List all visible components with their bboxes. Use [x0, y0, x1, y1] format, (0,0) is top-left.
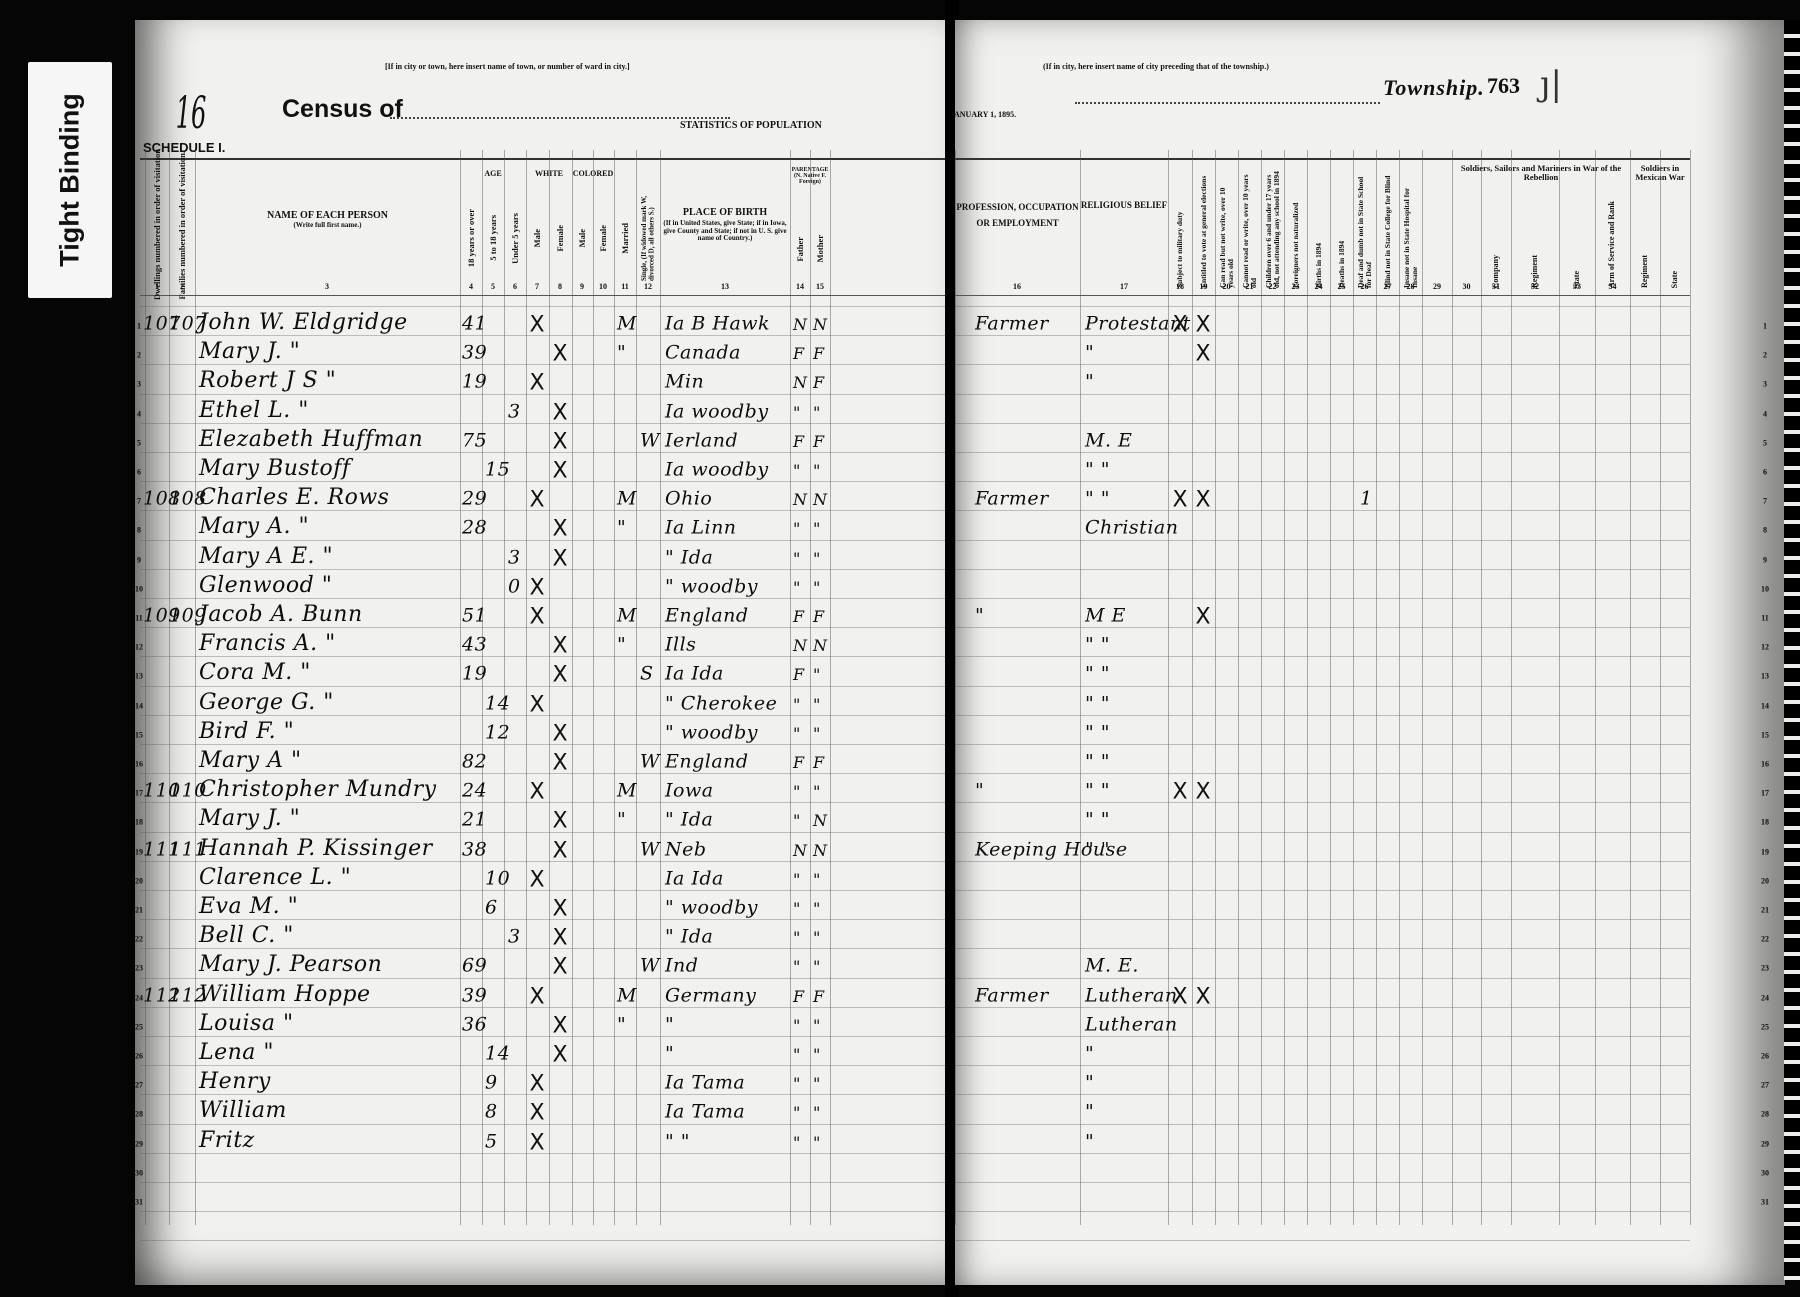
- grid-hline: [140, 364, 950, 365]
- mother-parentage: N: [813, 840, 828, 859]
- white-female-mark: X: [552, 342, 567, 367]
- line-number: 31: [1761, 1198, 1769, 1207]
- grid-hline: [140, 481, 950, 482]
- grid-vline: [1168, 150, 1169, 1225]
- birthplace: ": [665, 1013, 674, 1035]
- statistics-title: STATISTICS OF POPULATION: [680, 120, 822, 131]
- column-number: 10: [599, 282, 607, 291]
- mother-parentage: N: [813, 636, 828, 655]
- religious-belief: M. E.: [1085, 955, 1139, 977]
- mother-parentage: ": [813, 870, 821, 889]
- column-number: 17: [1120, 282, 1128, 291]
- white-female-mark: X: [552, 838, 567, 863]
- father-parentage: ": [793, 724, 801, 743]
- deaths-1894: 1: [1360, 488, 1373, 510]
- header-c33: Regiment: [1630, 190, 1660, 288]
- father-parentage: ": [793, 694, 801, 713]
- grid-vline: [482, 150, 483, 1225]
- grid-hline: [140, 773, 950, 774]
- header-c26: Deaf and dumb not in State School for De…: [1353, 162, 1376, 288]
- grid-vline: [1261, 150, 1262, 1225]
- marital-status: ": [617, 809, 626, 831]
- age-18-over: 29: [462, 488, 487, 510]
- line-number: 21: [135, 906, 143, 915]
- person-name: Hannah P. Kissinger: [199, 836, 433, 861]
- grid-hline: [140, 1094, 950, 1095]
- header-c25: Deaths in 1894: [1330, 162, 1353, 288]
- column-number: 20: [1223, 282, 1231, 291]
- line-number: 15: [135, 730, 143, 739]
- white-female-mark: X: [552, 459, 567, 484]
- grid-hline: [140, 861, 950, 862]
- column-number: 16: [1013, 282, 1021, 291]
- line-number: 13: [1761, 672, 1769, 681]
- father-parentage: ": [793, 1074, 801, 1093]
- line-number: 18: [135, 818, 143, 827]
- line-number: 30: [135, 1168, 143, 1177]
- mother-parentage: ": [813, 578, 821, 597]
- white-female-mark: X: [552, 546, 567, 571]
- religious-belief: M. E: [1085, 429, 1132, 451]
- township-label: Township.: [1383, 75, 1485, 101]
- birthplace: Ia Tama: [665, 1101, 745, 1123]
- birthplace: Germany: [665, 984, 756, 1006]
- occupation: ": [975, 604, 984, 626]
- line-number: 28: [1761, 1110, 1769, 1119]
- marital-status: ": [617, 1013, 626, 1035]
- header-c32: Arm of Service and Rank: [1595, 190, 1630, 288]
- marital-status: ": [617, 342, 626, 364]
- father-parentage: ": [793, 870, 801, 889]
- grid-hline: [955, 1124, 1690, 1125]
- column-number: 18: [1176, 282, 1184, 291]
- white-male-mark: X: [529, 575, 544, 600]
- age-5-18: 5: [485, 1130, 498, 1152]
- column-number: 6: [513, 282, 517, 291]
- person-name: Eva M. ": [199, 894, 298, 919]
- father-parentage: ": [793, 402, 801, 421]
- column-number: 12: [644, 282, 652, 291]
- person-name: Christopher Mundry: [199, 777, 437, 802]
- person-name: Francis A. ": [199, 631, 336, 656]
- person-name: Louisa ": [199, 1011, 294, 1036]
- father-parentage: ": [793, 957, 801, 976]
- header-married: Married: [614, 188, 636, 288]
- birthplace: Canada: [665, 342, 741, 364]
- line-number: 6: [1763, 468, 1767, 477]
- religious-belief: Christian: [1085, 517, 1178, 539]
- person-name: Jacob A. Bunn: [199, 602, 363, 627]
- father-parentage: F: [793, 607, 805, 626]
- grid-hline: [955, 715, 1690, 716]
- age-18-over: 69: [462, 955, 487, 977]
- folio-handwritten-mark: ȷ|: [1540, 64, 1562, 104]
- marital-status: M: [617, 780, 637, 802]
- marital-status: M: [617, 984, 637, 1006]
- header-c22: Children over 6 and under 17 years old, …: [1261, 162, 1284, 288]
- father-parentage: ": [793, 782, 801, 801]
- age-5-18: 14: [485, 1042, 510, 1064]
- line-number: 11: [135, 614, 143, 623]
- birthplace: Ills: [665, 634, 696, 656]
- birthplace: England: [665, 604, 749, 626]
- header-c21: Cannot read or write, over 10 years old: [1238, 162, 1261, 288]
- line-number: 8: [137, 526, 141, 535]
- military-duty-mark: X: [1172, 780, 1187, 805]
- line-number: 19: [1761, 847, 1769, 856]
- person-name: Mary A. ": [199, 514, 309, 539]
- grid-hline: [955, 540, 1690, 541]
- grid-hline: [955, 627, 1690, 628]
- person-name: George G. ": [199, 690, 334, 715]
- header-age-group: AGE: [460, 164, 526, 184]
- header-c24: Births in 1894: [1307, 162, 1330, 288]
- grid-vline: [1690, 150, 1691, 1225]
- mother-parentage: ": [813, 957, 821, 976]
- line-number: 6: [137, 468, 141, 477]
- birthplace: Ia woodby: [665, 400, 769, 422]
- grid-vline: [1399, 150, 1400, 1225]
- person-name: Henry: [199, 1069, 271, 1094]
- grid-hline: [140, 423, 950, 424]
- white-male-mark: X: [529, 488, 544, 513]
- grid-vline: [1330, 150, 1331, 1225]
- white-male-mark: X: [529, 605, 544, 630]
- header-colored-female: Female: [593, 188, 614, 288]
- mother-parentage: ": [813, 928, 821, 947]
- white-female-mark: X: [552, 955, 567, 980]
- column-number: 33: [1573, 282, 1581, 291]
- grid-hline: [955, 1094, 1690, 1095]
- header-profession: PROFESSION, OCCUPATION OR EMPLOYMENT: [955, 180, 1080, 250]
- marital-status: W: [640, 750, 660, 772]
- white-male-mark: X: [529, 780, 544, 805]
- marital-status: W: [640, 955, 660, 977]
- father-parentage: ": [793, 1103, 801, 1122]
- line-number: 7: [137, 497, 141, 506]
- grid-vline: [1192, 150, 1193, 1225]
- religious-belief: " ": [1085, 838, 1110, 860]
- line-number: 26: [135, 1052, 143, 1061]
- entitled-to-vote-mark: X: [1195, 313, 1210, 338]
- line-number: 21: [1761, 906, 1769, 915]
- grid-hline: [140, 802, 950, 803]
- age-18-over: 24: [462, 780, 487, 802]
- column-number: 4: [469, 282, 473, 291]
- religious-belief: Lutheran: [1085, 984, 1178, 1006]
- father-parentage: N: [793, 636, 808, 655]
- age-5-18: 8: [485, 1101, 498, 1123]
- header-age-under5: Under 5 years: [504, 188, 526, 288]
- white-female-mark: X: [552, 926, 567, 951]
- grid-hline: [955, 306, 1690, 307]
- mother-parentage: F: [813, 432, 825, 451]
- birthplace: " Ida: [665, 926, 713, 948]
- line-number: 20: [135, 876, 143, 885]
- father-parentage: ": [793, 1045, 801, 1064]
- birthplace: " Ida: [665, 546, 713, 568]
- white-female-mark: X: [552, 663, 567, 688]
- binding-label: Tight Binding: [55, 93, 86, 266]
- grid-vline: [1511, 150, 1512, 1225]
- grid-vline: [549, 150, 550, 1225]
- grid-vline: [1630, 150, 1631, 1225]
- grid-hline: [140, 656, 950, 657]
- header-c30: Regiment: [1511, 190, 1559, 288]
- line-number: 1: [137, 322, 141, 331]
- line-number: 1: [1763, 322, 1767, 331]
- header-c31: State: [1559, 190, 1595, 288]
- column-number: 31: [1492, 282, 1500, 291]
- grid-hline: [955, 686, 1690, 687]
- father-parentage: ": [793, 928, 801, 947]
- white-female-mark: X: [552, 751, 567, 776]
- column-number: 8: [558, 282, 562, 291]
- header-age-18-over: 18 years or over: [460, 188, 482, 288]
- father-parentage: ": [793, 899, 801, 918]
- mother-parentage: F: [813, 373, 825, 392]
- entitled-to-vote-mark: X: [1195, 605, 1210, 630]
- header-c29: Company: [1481, 190, 1511, 288]
- grid-vline: [1559, 150, 1560, 1225]
- header-birthplace: PLACE OF BIRTH (If in United States, giv…: [660, 190, 790, 260]
- grid-hline: [140, 890, 950, 891]
- line-number: 11: [1761, 614, 1769, 623]
- grid-hline: [955, 1182, 1690, 1183]
- line-number: 3: [137, 380, 141, 389]
- person-name: Bird F. ": [199, 719, 294, 744]
- column-number: 13: [721, 282, 729, 291]
- birthplace: " Ida: [665, 809, 713, 831]
- age-18-over: 19: [462, 663, 487, 685]
- line-number: 27: [135, 1081, 143, 1090]
- grid-hline: [140, 919, 950, 920]
- grid-hline: [955, 598, 1690, 599]
- mother-parentage: ": [813, 899, 821, 918]
- grid-hline: [955, 1240, 1690, 1241]
- birthplace: Ia Ida: [665, 867, 724, 889]
- column-number: 25: [1338, 282, 1346, 291]
- header-c20: Can read but not write, over 10 years ol…: [1215, 162, 1238, 288]
- grid-hline: [140, 686, 950, 687]
- age-18-over: 39: [462, 342, 487, 364]
- age-18-over: 51: [462, 604, 487, 626]
- white-male-mark: X: [529, 313, 544, 338]
- line-number: 12: [135, 643, 143, 652]
- father-parentage: ": [793, 461, 801, 480]
- age-5-18: 6: [485, 896, 498, 918]
- header-rebellion-group: Soldiers, Sailors and Mariners in War of…: [1452, 162, 1630, 184]
- grid-hline: [955, 364, 1690, 365]
- marital-status: M: [617, 604, 637, 626]
- header-white-female: Female: [549, 188, 572, 288]
- header-father: Father: [790, 210, 810, 288]
- header-bottom-rule: [140, 295, 950, 296]
- column-number: 22: [1269, 282, 1277, 291]
- father-parentage: ": [793, 519, 801, 538]
- line-number: 14: [135, 701, 143, 710]
- age-18-over: 19: [462, 371, 487, 393]
- grid-vline: [1660, 150, 1661, 1225]
- grid-vline: [1238, 150, 1239, 1225]
- grid-vline: [526, 150, 527, 1225]
- line-number: 29: [1761, 1139, 1769, 1148]
- age-5-18: 10: [485, 867, 510, 889]
- mother-parentage: F: [813, 344, 825, 363]
- father-parentage: F: [793, 665, 805, 684]
- military-duty-mark: X: [1172, 488, 1187, 513]
- line-number: 13: [135, 672, 143, 681]
- line-number: 23: [1761, 964, 1769, 973]
- line-number: 26: [1761, 1052, 1769, 1061]
- header-c19: Entitled to vote at general elections: [1192, 162, 1215, 288]
- marital-status: ": [617, 634, 626, 656]
- header-c34: State: [1660, 190, 1690, 288]
- header-mother: Mother: [810, 210, 830, 288]
- mother-parentage: N: [813, 490, 828, 509]
- page-number-handwritten: 16: [176, 88, 207, 139]
- mother-parentage: ": [813, 724, 821, 743]
- father-parentage: F: [793, 753, 805, 772]
- religious-belief: Lutheran: [1085, 1013, 1178, 1035]
- grid-hline: [955, 861, 1690, 862]
- grid-hline: [955, 481, 1690, 482]
- grid-hline: [140, 1007, 950, 1008]
- line-number: 9: [137, 555, 141, 564]
- binding-label-tab: Tight Binding: [28, 62, 112, 298]
- mother-parentage: ": [813, 1045, 821, 1064]
- age-under-5: 3: [508, 400, 521, 422]
- white-male-mark: X: [529, 1130, 544, 1155]
- religious-belief: " ": [1085, 634, 1110, 656]
- mother-parentage: N: [813, 315, 828, 334]
- birthplace: Ohio: [665, 488, 712, 510]
- grid-vline: [660, 150, 661, 1225]
- father-parentage: ": [793, 548, 801, 567]
- header-c28: Insane not in State Hospital for Insane: [1399, 162, 1422, 288]
- person-name: Fritz: [199, 1128, 255, 1153]
- header-white-male: Male: [526, 188, 549, 288]
- grid-hline: [955, 1007, 1690, 1008]
- grid-hline: [140, 335, 950, 336]
- line-number: 3: [1763, 380, 1767, 389]
- header-c23: Foreigners not naturalized: [1284, 162, 1307, 288]
- marital-status: S: [640, 663, 654, 685]
- age-18-over: 36: [462, 1013, 487, 1035]
- age-18-over: 28: [462, 517, 487, 539]
- grid-hline: [955, 773, 1690, 774]
- grid-hline: [140, 394, 950, 395]
- left-page: [If in city or town, here insert name of…: [135, 20, 950, 1285]
- father-parentage: F: [793, 986, 805, 1005]
- grid-hline: [955, 919, 1690, 920]
- birthplace: England: [665, 750, 749, 772]
- grid-vline: [460, 150, 461, 1225]
- census-blank-line: [390, 117, 730, 119]
- column-number: 5: [491, 282, 495, 291]
- grid-hline: [140, 452, 950, 453]
- grid-hline: [955, 890, 1690, 891]
- grid-hline: [955, 832, 1690, 833]
- person-name: Charles E. Rows: [199, 485, 389, 510]
- religious-belief: " ": [1085, 488, 1110, 510]
- occupation: Farmer: [975, 984, 1049, 1006]
- occupation: Farmer: [975, 312, 1049, 334]
- left-instruction: [If in city or town, here insert name of…: [385, 62, 630, 71]
- line-number: 19: [135, 847, 143, 856]
- entitled-to-vote-mark: X: [1195, 984, 1210, 1009]
- grid-vline: [1376, 150, 1377, 1225]
- folio-number: 763: [1487, 73, 1520, 99]
- birthplace: Iowa: [665, 780, 714, 802]
- birthplace: Ia B Hawk: [665, 312, 770, 334]
- line-number: 22: [135, 935, 143, 944]
- right-page: (If in city, here insert name of city pr…: [955, 20, 1785, 1285]
- grid-hline: [140, 978, 950, 979]
- grid-vline: [1481, 150, 1482, 1225]
- grid-hline: [140, 832, 950, 833]
- person-name: William: [199, 1098, 287, 1123]
- line-number: 25: [135, 1022, 143, 1031]
- column-number: 24: [1315, 282, 1323, 291]
- age-5-18: 14: [485, 692, 510, 714]
- grid-vline: [636, 150, 637, 1225]
- father-parentage: ": [793, 578, 801, 597]
- grid-hline: [140, 569, 950, 570]
- header-bottom-rule: [955, 295, 1690, 296]
- grid-hline: [140, 1211, 950, 1212]
- line-number: 18: [1761, 818, 1769, 827]
- white-female-mark: X: [552, 400, 567, 425]
- line-number: 31: [135, 1198, 143, 1207]
- grid-hline: [955, 802, 1690, 803]
- age-18-over: 43: [462, 634, 487, 656]
- grid-vline: [1215, 150, 1216, 1225]
- column-number: 1: [155, 282, 159, 291]
- line-number: 23: [135, 964, 143, 973]
- person-name: Ethel L. ": [199, 398, 309, 423]
- header-name: NAME OF EACH PERSON (Write full first na…: [195, 200, 460, 240]
- grid-hline: [140, 540, 950, 541]
- grid-hline: [955, 744, 1690, 745]
- grid-hline: [955, 978, 1690, 979]
- column-number: 21: [1246, 282, 1254, 291]
- line-number: 30: [1761, 1168, 1769, 1177]
- grid-hline: [955, 1065, 1690, 1066]
- grid-vline: [790, 150, 791, 1225]
- grid-hline: [955, 569, 1690, 570]
- header-c18: Subject to military duty: [1168, 162, 1192, 288]
- birthplace: Ierland: [665, 429, 738, 451]
- grid-hline: [140, 598, 950, 599]
- birthplace: Ia Linn: [665, 517, 737, 539]
- grid-hline: [140, 1065, 950, 1066]
- column-number: 34: [1609, 282, 1617, 291]
- mother-parentage: ": [813, 519, 821, 538]
- date-label: JANUARY 1, 1895.: [955, 110, 1016, 119]
- grid-hline: [955, 656, 1690, 657]
- grid-hline: [140, 1153, 950, 1154]
- birthplace: " woodby: [665, 575, 758, 597]
- person-name: Mary J. ": [199, 339, 300, 364]
- age-18-over: 75: [462, 429, 487, 451]
- entitled-to-vote-mark: X: [1195, 488, 1210, 513]
- white-female-mark: X: [552, 1043, 567, 1068]
- person-name: Mary J. Pearson: [199, 952, 382, 977]
- person-name: Elezabeth Huffman: [199, 427, 423, 452]
- column-number: 27: [1384, 282, 1392, 291]
- column-number: 32: [1531, 282, 1539, 291]
